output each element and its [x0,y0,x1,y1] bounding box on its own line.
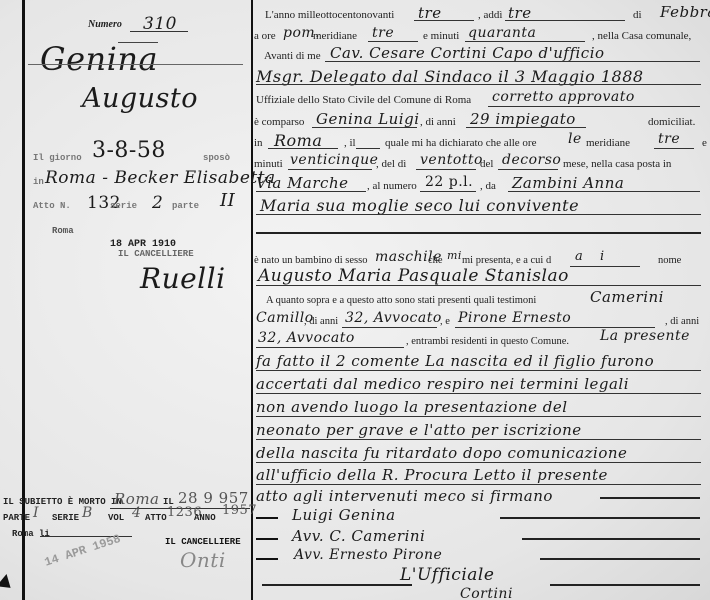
death-note-atto-label: ATTO [145,513,167,523]
signature-dash [256,558,278,560]
text-meridiane-2: meridiane [586,137,630,149]
section-divider [256,232,701,234]
hand-birth-day: ventotto [420,152,483,168]
blank-underline [368,41,418,42]
text-minuti: minuti [254,158,283,170]
blank-underline [356,148,380,149]
surname: Genina [40,40,158,78]
text-domiciliat: domiciliat. [648,116,695,128]
ruled-line [256,416,701,417]
hand-witness2: Pirone Ernesto [458,310,571,326]
stamp-cancelliere-1910: IL CANCELLIERE [118,249,194,259]
text-meridiane: meridiane [313,30,357,42]
blank-underline [488,106,700,107]
signature-line [540,558,700,560]
death-note-vol: 4 [132,505,141,521]
signature-line [500,517,700,519]
text-e-minuti: e minuti [423,30,459,42]
hand-birth-hour: tre [658,131,680,147]
text-di-anni-w2: , di anni [665,316,699,327]
left-border-line [22,0,25,600]
annotation-label-sposo: sposò [203,153,230,163]
hand-note-line3: non avendo luogo la presentazione del [256,398,568,416]
text-addi: , addì [478,9,502,21]
text-che: che [428,255,443,266]
annotation-marriage-date: 3-8-58 [92,138,166,163]
annotation-serie-value: 2 [152,193,163,213]
annotation-parte-value: II [220,190,235,211]
signature-declarant: Luigi Genina [292,506,396,524]
hand-decorso: decorso [502,152,561,168]
death-note-parte-label: PARTE [3,513,30,523]
hand-witness1-age: 32, Avvocato [345,310,442,326]
death-note-vol-label: VOL [108,513,124,523]
ruled-line [256,462,701,463]
signature-witness2: Avv. Ernesto Pirone [294,547,442,563]
annotation-marriage-place-spouse: Roma - Becker Elisabetta [45,168,276,188]
annotation-label-in: in [33,177,44,187]
hand-note-line2: accertati dal medico respiro nei termini… [256,375,629,393]
blank-underline [465,41,585,42]
text-del: del [480,158,493,170]
text-dichiarato: quale mi ha dichiarato che alle ore [385,137,536,149]
blank-underline [256,214,701,215]
cancelliere-signature-1958: Onti [180,548,226,572]
annotation-city: Roma [52,226,74,236]
annotation-label-parte: parte [172,201,199,211]
hand-street: Via Marche [256,174,349,192]
hand-declarant: Genina Luigi [316,110,420,128]
signature-dash [256,517,278,519]
text-e: e [702,137,707,149]
annotation-label-serie: serie [110,201,137,211]
text-al-numero: , al numero [367,180,417,192]
hand-minutes: quaranta [468,25,536,41]
blank-underline [256,84,701,85]
text-di-anni: , di anni [420,116,456,128]
death-note-anno-label: ANNO [194,513,216,523]
cancelliere-signature-1910: Ruelli [140,262,226,295]
ruled-line [256,370,701,371]
hand-che: mi [447,249,462,262]
hand-note-line4: neonato per grave e l'atto per iscrizion… [256,421,582,439]
signature-dash [256,538,278,540]
blank-underline [312,127,417,128]
signature-line [522,538,700,540]
ruled-line [256,393,701,394]
hand-note-line6: all'ufficio della R. Procura Letto il pr… [256,466,608,484]
blank-underline [414,20,474,21]
signature-line [550,584,700,586]
blank-underline [268,148,338,149]
hand-witness1-surname: Camerini [590,288,664,306]
blank-underline [256,347,404,348]
blank-underline [342,327,437,328]
text-comparso: è comparso [254,116,304,128]
cancelliere-label-1958: IL CANCELLIERE [165,537,241,547]
hand-witness2-age: 32, Avvocato [258,330,355,346]
text-nome: nome [658,255,681,266]
text-presenta: mi presenta, e a cui d [462,255,551,266]
blank-underline [416,169,476,170]
annotation-label-giorno: Il giorno [33,153,82,163]
hand-officer: Cav. Cesare Cortini Capo d'ufficio [330,44,605,62]
birth-record-page: Numero 310 Genina Augusto Il giorno 3-8-… [0,0,710,600]
text-casa-comunale: , nella Casa comunale, [592,30,691,42]
death-note-parte: I [33,505,39,521]
signature-officer: Cortini [460,586,513,600]
numero-underline [130,31,188,32]
text-in: in [254,137,263,149]
surname-underline [28,64,243,65]
death-note-prefix: IL SUBIETTO È MORTO IN [3,497,122,507]
numero-label: Numero [88,19,122,30]
text-nato-bambino: è nato un bambino di sesso [254,255,367,266]
blank-underline [466,127,586,128]
hand-note-line1: fa fatto il 2 comente La nascita ed il f… [256,352,654,370]
hand-hour: tre [372,25,394,41]
blank-underline [654,148,694,149]
text-e-w2: , e [440,316,450,327]
hand-birth-ore: le [568,131,582,147]
ruled-line [256,484,701,485]
blank-underline [498,169,558,170]
blank-underline [508,191,700,192]
ruled-line [600,497,700,499]
hand-correction: corretto approvato [492,89,635,105]
blank-underline [505,20,625,21]
text-uffiziale: Uffiziale dello Stato Civile del Comune … [256,94,471,106]
text-di: di [633,9,642,21]
hand-d-a: a [575,249,583,264]
blank-underline [420,191,476,192]
blank-underline [325,61,700,62]
death-note-serie-label: SERIE [52,513,79,523]
hand-birth-minutes: venticinque [290,152,378,168]
text-di-anni-w1: , di anni [304,316,338,327]
blank-underline [256,191,366,192]
signature-line [262,584,412,586]
death-note-roma-li: Roma li [12,529,50,539]
annotation-label-atto: Atto N. [33,201,71,211]
text-il: , il [344,137,356,149]
signature-officer-title: L'Ufficiale [400,565,494,585]
hand-month: Febbraio [660,3,710,21]
hand-note-line7: atto agli intervenuti meco si firmano [256,487,553,505]
hand-age-occupation: 29 impiegato [470,110,576,128]
blank-underline [288,169,372,170]
given-name: Augusto [82,83,198,114]
text-a-ore: a ore [254,30,276,42]
text-testimoni: A quanto sopra e a questo atto sono stat… [266,295,536,306]
hand-note-line5: della nascita fu ritardato dopo comunica… [256,444,627,462]
hand-la-presente: La presente [600,328,690,344]
hand-mother-cont: Maria sua moglie seco lui convivente [260,196,579,215]
hand-d-i: i [600,249,605,264]
death-note-anno: 1957 [222,503,257,518]
stamp-date-1958: 14 APR 1958 [43,532,123,570]
blank-underline [256,285,701,286]
text-da: , da [480,180,496,192]
blank-underline [570,266,640,267]
hand-child-names: Augusto Maria Pasquale Stanislao [258,266,569,286]
text-anno: L'anno milleottocentonovanti [265,9,394,21]
text-residenti: , entrambi residenti in questo Comune. [406,336,569,347]
signature-witness1: Avv. C. Camerini [292,527,425,545]
text-del-di: , del dì [376,158,406,170]
text-avanti-di-me: Avanti di me [264,50,321,62]
death-note-serie: B [82,505,93,521]
corner-arrow-icon [0,574,16,594]
hand-mother: Zambini Anna [512,174,624,192]
ruled-line [256,439,701,440]
text-mese-casa: mese, nella casa posta in [563,158,671,170]
hand-house-number: 22 p.l. [425,174,473,190]
